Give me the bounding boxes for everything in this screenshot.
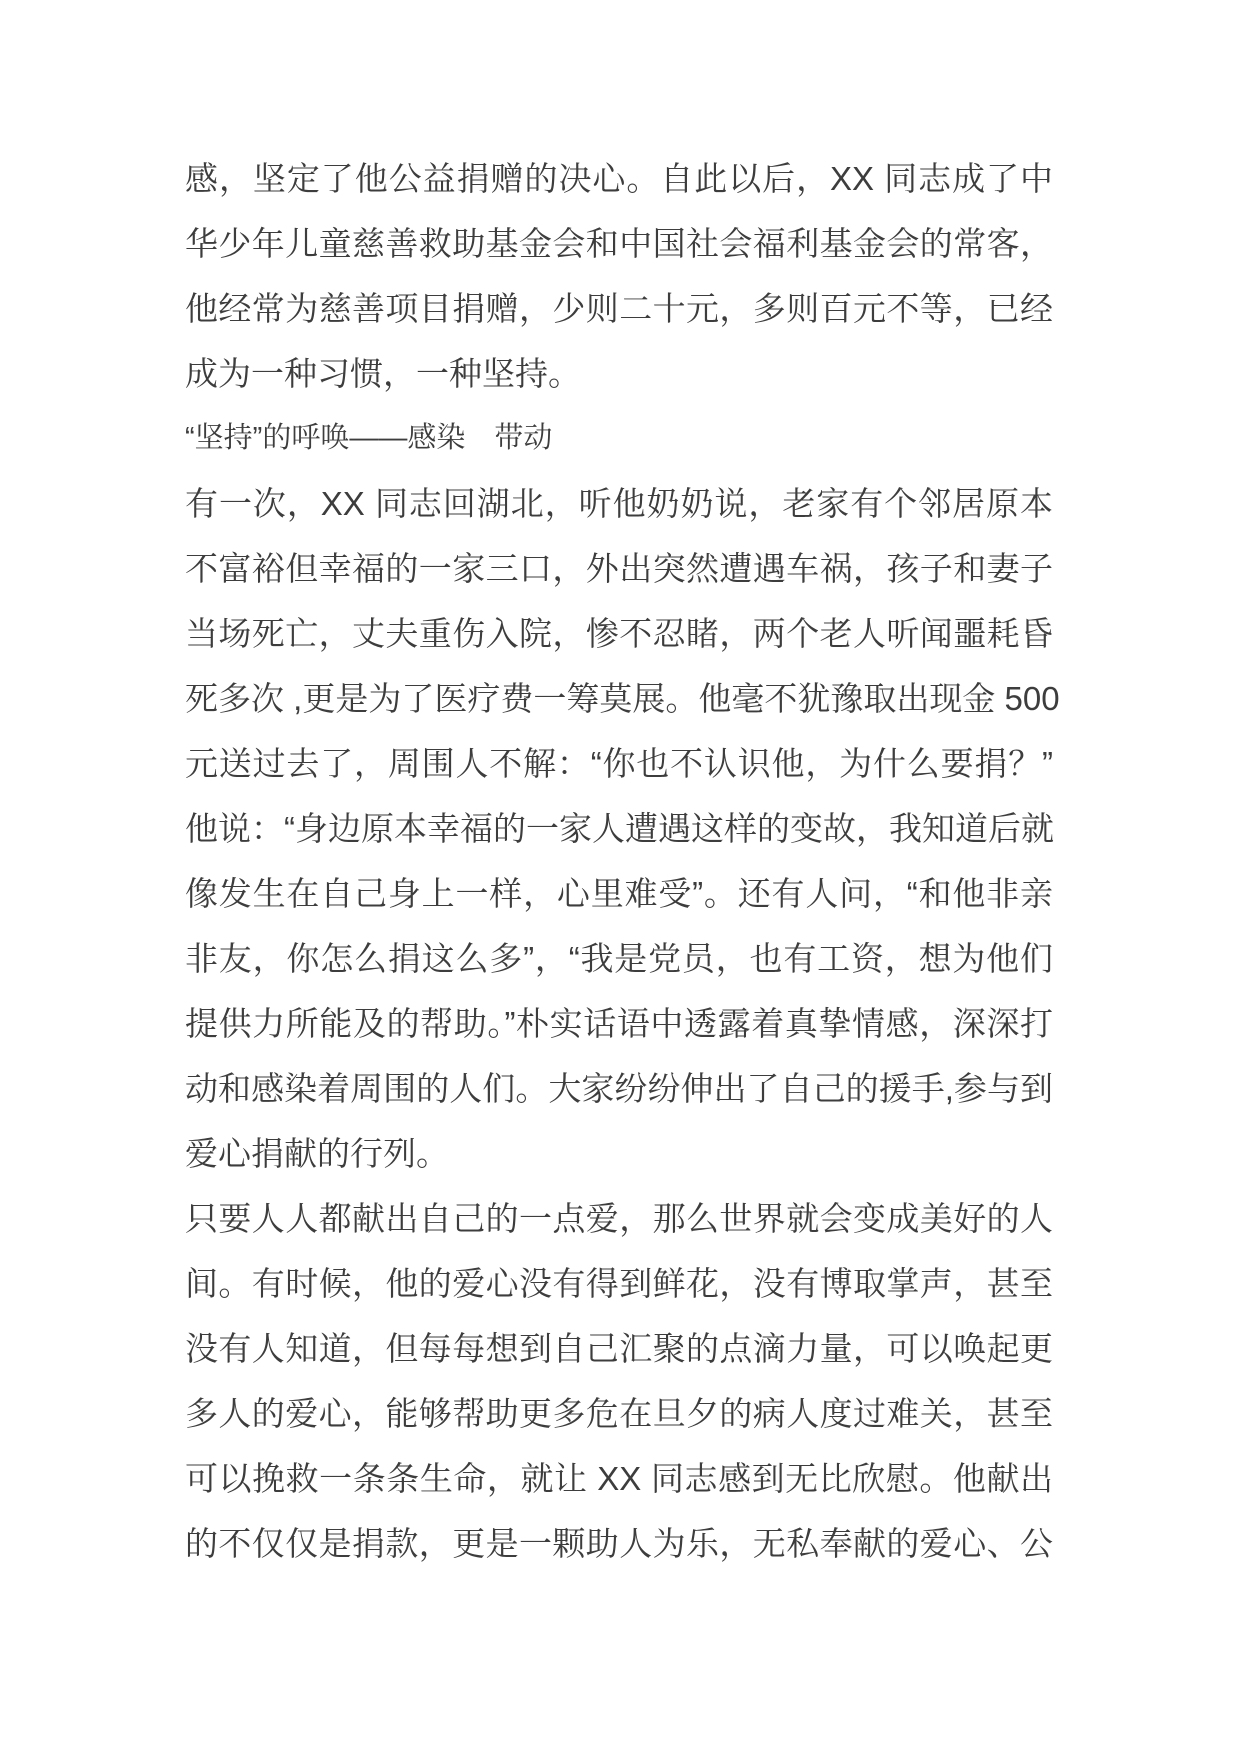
text-line: 不富裕但幸福的一家三口，外出突然遭遇车祸，孩子和妻子 — [185, 536, 1053, 601]
text-line: 他经常为慈善项目捐赠，少则二十元，多则百元不等，已经 — [185, 276, 1053, 341]
text-line: 动和感染着周围的人们。大家纷纷伸出了自己的援手,参与到 — [185, 1056, 1053, 1121]
text-line: 华少年儿童慈善救助基金会和中国社会福利基金会的常客， — [185, 211, 1053, 276]
text-line: 死多次 ,更是为了医疗费一筹莫展。他毫不犹豫取出现金 500 — [185, 666, 1053, 731]
text-line: 的不仅仅是捐款，更是一颗助人为乐，无私奉献的爱心、公 — [185, 1511, 1053, 1576]
text-line: 非友，你怎么捐这么多”，“我是党员，也有工资，想为他们 — [185, 926, 1053, 991]
text-line: 他说：“身边原本幸福的一家人遭遇这样的变故，我知道后就 — [185, 796, 1053, 861]
text-line: 提供力所能及的帮助。”朴实话语中透露着真挚情感，深深打 — [185, 991, 1053, 1056]
text-line: 只要人人都献出自己的一点爱，那么世界就会变成美好的人 — [185, 1186, 1053, 1251]
text-line: 成为一种习惯，一种坚持。 — [185, 341, 1053, 406]
document-page: 感，坚定了他公益捐赠的决心。自此以后，XX 同志成了中 华少年儿童慈善救助基金会… — [0, 0, 1241, 1755]
text-block: 感，坚定了他公益捐赠的决心。自此以后，XX 同志成了中 华少年儿童慈善救助基金会… — [185, 146, 1053, 1576]
section-heading: “坚持”的呼唤——感染 带动 — [185, 406, 1053, 471]
text-line: 没有人知道，但每每想到自己汇聚的点滴力量，可以唤起更 — [185, 1316, 1053, 1381]
text-line: 感，坚定了他公益捐赠的决心。自此以后，XX 同志成了中 — [185, 146, 1053, 211]
text-line: 可以挽救一条条生命，就让 XX 同志感到无比欣慰。他献出 — [185, 1446, 1053, 1511]
text-line: 间。有时候，他的爱心没有得到鲜花，没有博取掌声，甚至 — [185, 1251, 1053, 1316]
text-line: 有一次，XX 同志回湖北，听他奶奶说，老家有个邻居原本 — [185, 471, 1053, 536]
text-line: 元送过去了，周围人不解：“你也不认识他，为什么要捐？” — [185, 731, 1053, 796]
text-line: 多人的爱心，能够帮助更多危在旦夕的病人度过难关，甚至 — [185, 1381, 1053, 1446]
text-line: 当场死亡，丈夫重伤入院，惨不忍睹，两个老人听闻噩耗昏 — [185, 601, 1053, 666]
text-line: 爱心捐献的行列。 — [185, 1121, 1053, 1186]
text-line: 像发生在自己身上一样，心里难受”。还有人问，“和他非亲 — [185, 861, 1053, 926]
